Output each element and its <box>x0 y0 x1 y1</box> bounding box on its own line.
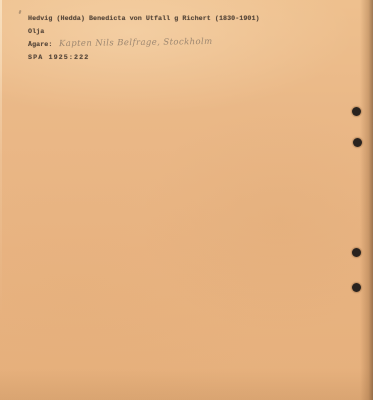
inventory-number: SPA 1925:222 <box>28 54 89 62</box>
medium-line: Olja <box>28 28 44 36</box>
punch-hole <box>352 283 361 292</box>
owner-handwritten-note: Kapten Nils Belfrage, Stockholm <box>59 37 213 49</box>
punch-hole <box>353 138 362 147</box>
title-line: Hedvig (Hedda) Benedicta von Utfall g Ri… <box>28 15 260 23</box>
punch-hole <box>352 248 361 257</box>
paper-left-edge <box>0 0 2 400</box>
pencil-speck <box>18 10 21 14</box>
catalog-card: Hedvig (Hedda) Benedicta von Utfall g Ri… <box>0 0 373 400</box>
punch-hole <box>352 107 361 116</box>
owner-label: Ägare: <box>28 41 52 49</box>
